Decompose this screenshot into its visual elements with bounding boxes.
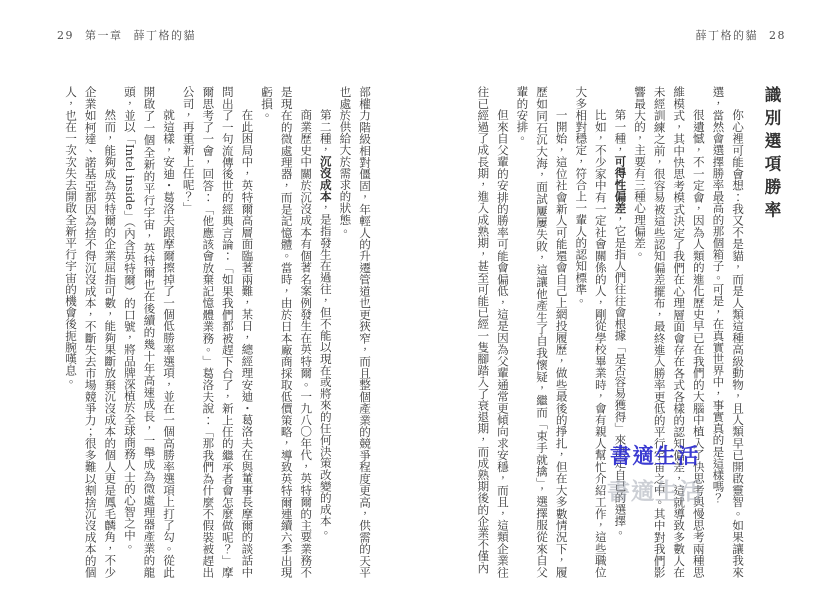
paragraph: 在此困局中，英特爾高層面臨著兩難，某日，總經理安迪・葛洛夫在與董事長摩爾的談話中… [178, 86, 256, 578]
paragraph-text: 商業歷史中關於沉沒成本有個著名案例發生在英特爾。一九八〇年代，英特爾的主要業務不… [260, 86, 313, 578]
paragraph-text: 第二種， [319, 109, 333, 155]
page-number-left: 29 [57, 29, 74, 42]
paragraph-text: 部權力階級相對僵固，年輕人的升遷管道也更狹窄，而且整個產業的競爭程度更高，供需的… [338, 86, 372, 578]
paragraph: 比如，不少家中有一定社會關係的人，剛從學校畢業時，會有親人幫忙介紹工作，這些職位… [571, 86, 610, 578]
page-29-paragraphs: 部權力階級相對僵固，年輕人的升遷管道也更狹窄，而且整個產業的競爭程度更高，供需的… [61, 86, 375, 578]
section-heading: 識別選項勝率 [759, 86, 783, 578]
key-term: 可得性偏差 [613, 156, 627, 214]
paragraph-text: ，它是指人們往往會根據「是否容易獲得」來決定自己的選擇。 [613, 214, 627, 539]
book-title-left: 薛丁格的貓 [134, 29, 197, 42]
paragraph-text: 在此困局中，英特爾高層面臨著兩難，某日，總經理安迪・葛洛夫在與董事長摩爾的談話中… [182, 86, 255, 578]
paragraph: 但來自父輩的安排的勝率可能會偏低，這是因為父輩通常更傾向求安穩，而且，這類企業往… [473, 86, 512, 578]
paragraph: 部權力階級相對僵固，年輕人的升遷管道也更狹窄，而且整個產業的競爭程度更高，供需的… [335, 86, 374, 578]
paragraph: 就這樣，安迪・葛洛夫跟摩爾擦掉了一個低勝率選項，並在一個高勝率選項上打了勾。從此… [119, 86, 178, 578]
paragraph: 你心裡可能會想：我又不是貓，而是人類這種高級動物，且人類早已開啟靈智。如果讓我來… [708, 86, 747, 578]
page-28-paragraphs: 你心裡可能會想：我又不是貓，而是人類這種高級動物，且人類早已開啟靈智。如果讓我來… [473, 86, 747, 578]
paragraph-text: ，是指發生在過往，但不能以現在或將來的任何決策改變的成本。 [319, 202, 333, 538]
book-spread: 29第一章薛丁格的貓 薛丁格的貓28 識別選項勝率 你心裡可能會想：我又不是貓，… [0, 0, 839, 595]
paragraph: 很遺憾，不一定會，因為人類的進化歷史早已在我們的大腦中植入了快思考與慢思考兩種思… [629, 86, 707, 578]
book-title-right: 薛丁格的貓 [696, 29, 759, 42]
page-number-right: 28 [769, 29, 786, 42]
running-head-right: 薛丁格的貓28 [696, 27, 787, 43]
paragraph-text: 第一種， [613, 109, 627, 155]
paragraph-text: 很遺憾，不一定會，因為人類的進化歷史早已在我們的大腦中植入了快思考與慢思考兩種思… [633, 86, 706, 578]
key-term: 沉沒成本 [319, 156, 333, 202]
paragraph: 第二種，沉沒成本，是指發生在過往，但不能以現在或將來的任何決策改變的成本。 [315, 86, 335, 578]
paragraph-text: 一開始，這位社會新人可能還會自己上網投履歷，做些最後的掙扎，但在大多數情況下，履… [515, 86, 568, 578]
paragraph-text: 比如，不少家中有一定社會關係的人，剛從學校畢業時，會有親人幫忙介紹工作，這些職位… [574, 86, 608, 578]
running-head-left: 29第一章薛丁格的貓 [57, 27, 196, 43]
page-28-body: 識別選項勝率 你心裡可能會想：我又不是貓，而是人類這種高級動物，且人類早已開啟靈… [471, 86, 783, 578]
paragraph-text: 你心裡可能會想：我又不是貓，而是人類這種高級動物，且人類早已開啟靈智。如果讓我來… [711, 86, 745, 578]
paragraph: 一開始，這位社會新人可能還會自己上網投履歷，做些最後的掙扎，但在大多數情況下，履… [512, 86, 571, 578]
chapter-label: 第一章 [85, 29, 123, 42]
paragraph-text: 但來自父輩的安排的勝率可能會偏低，這是因為父輩通常更傾向求安穩，而且，這類企業往… [476, 86, 510, 578]
paragraph: 商業歷史中關於沉沒成本有個著名案例發生在英特爾。一九八〇年代，英特爾的主要業務不… [256, 86, 315, 578]
paragraph-text: 然而，能夠成為英特爾的企業屈指可數，能夠果斷放棄沉沒成本的個人更是鳳毛麟角，不少… [64, 86, 117, 578]
page-29-body: 部權力階級相對僵固，年輕人的升遷管道也更狹窄，而且整個產業的競爭程度更高，供需的… [50, 86, 374, 578]
paragraph: 然而，能夠成為英特爾的企業屈指可數，能夠果斷放棄沉沒成本的個人更是鳳毛麟角，不少… [61, 86, 120, 578]
paragraph: 第一種，可得性偏差，它是指人們往往會根據「是否容易獲得」來決定自己的選擇。 [610, 86, 630, 578]
paragraph-text: 就這樣，安迪・葛洛夫跟摩爾擦掉了一個低勝率選項，並在一個高勝率選項上打了勾。從此… [123, 86, 176, 578]
